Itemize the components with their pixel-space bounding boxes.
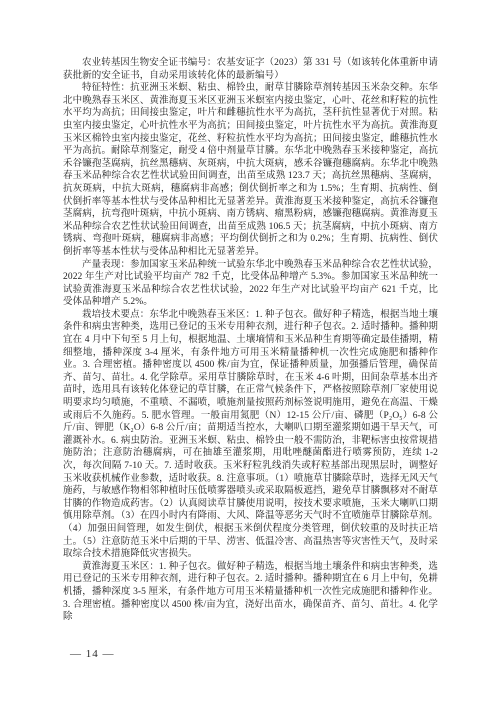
paragraph-huanghuaihai-region: 黄淮海夏玉米区：1. 种子包衣。做好种子精选，根据当地土壤条件和病虫害种类，选用…	[63, 561, 438, 624]
document-body: 农业转基因生物安全证书编号：农基安证字（2023）第 331 号（如该转化体重新…	[63, 57, 438, 624]
document-page: 农业转基因生物安全证书编号：农基安证字（2023）第 331 号（如该转化体重新…	[0, 0, 500, 706]
paragraph-certificate-number: 农业转基因生物安全证书编号：农基安证字（2023）第 331 号（如该转化体重新…	[63, 57, 438, 82]
page-number: — 14 —	[70, 648, 115, 660]
paragraph-cultivation-techniques: 栽培技术要点：东华北中晚熟春玉米区：1. 种子包衣。做好种子精选，根据当地土壤条…	[63, 309, 438, 561]
paragraph-characteristics: 特征特性：抗亚洲玉米螟、粘虫、棉铃虫，耐草甘膦除草剂转基因玉米杂交种。东华北中晚…	[63, 82, 438, 258]
paragraph-yield-performance: 产量表现：参加国家玉米品种统一试验东华北中晚熟春玉米品种综合农艺性状试验，202…	[63, 259, 438, 309]
